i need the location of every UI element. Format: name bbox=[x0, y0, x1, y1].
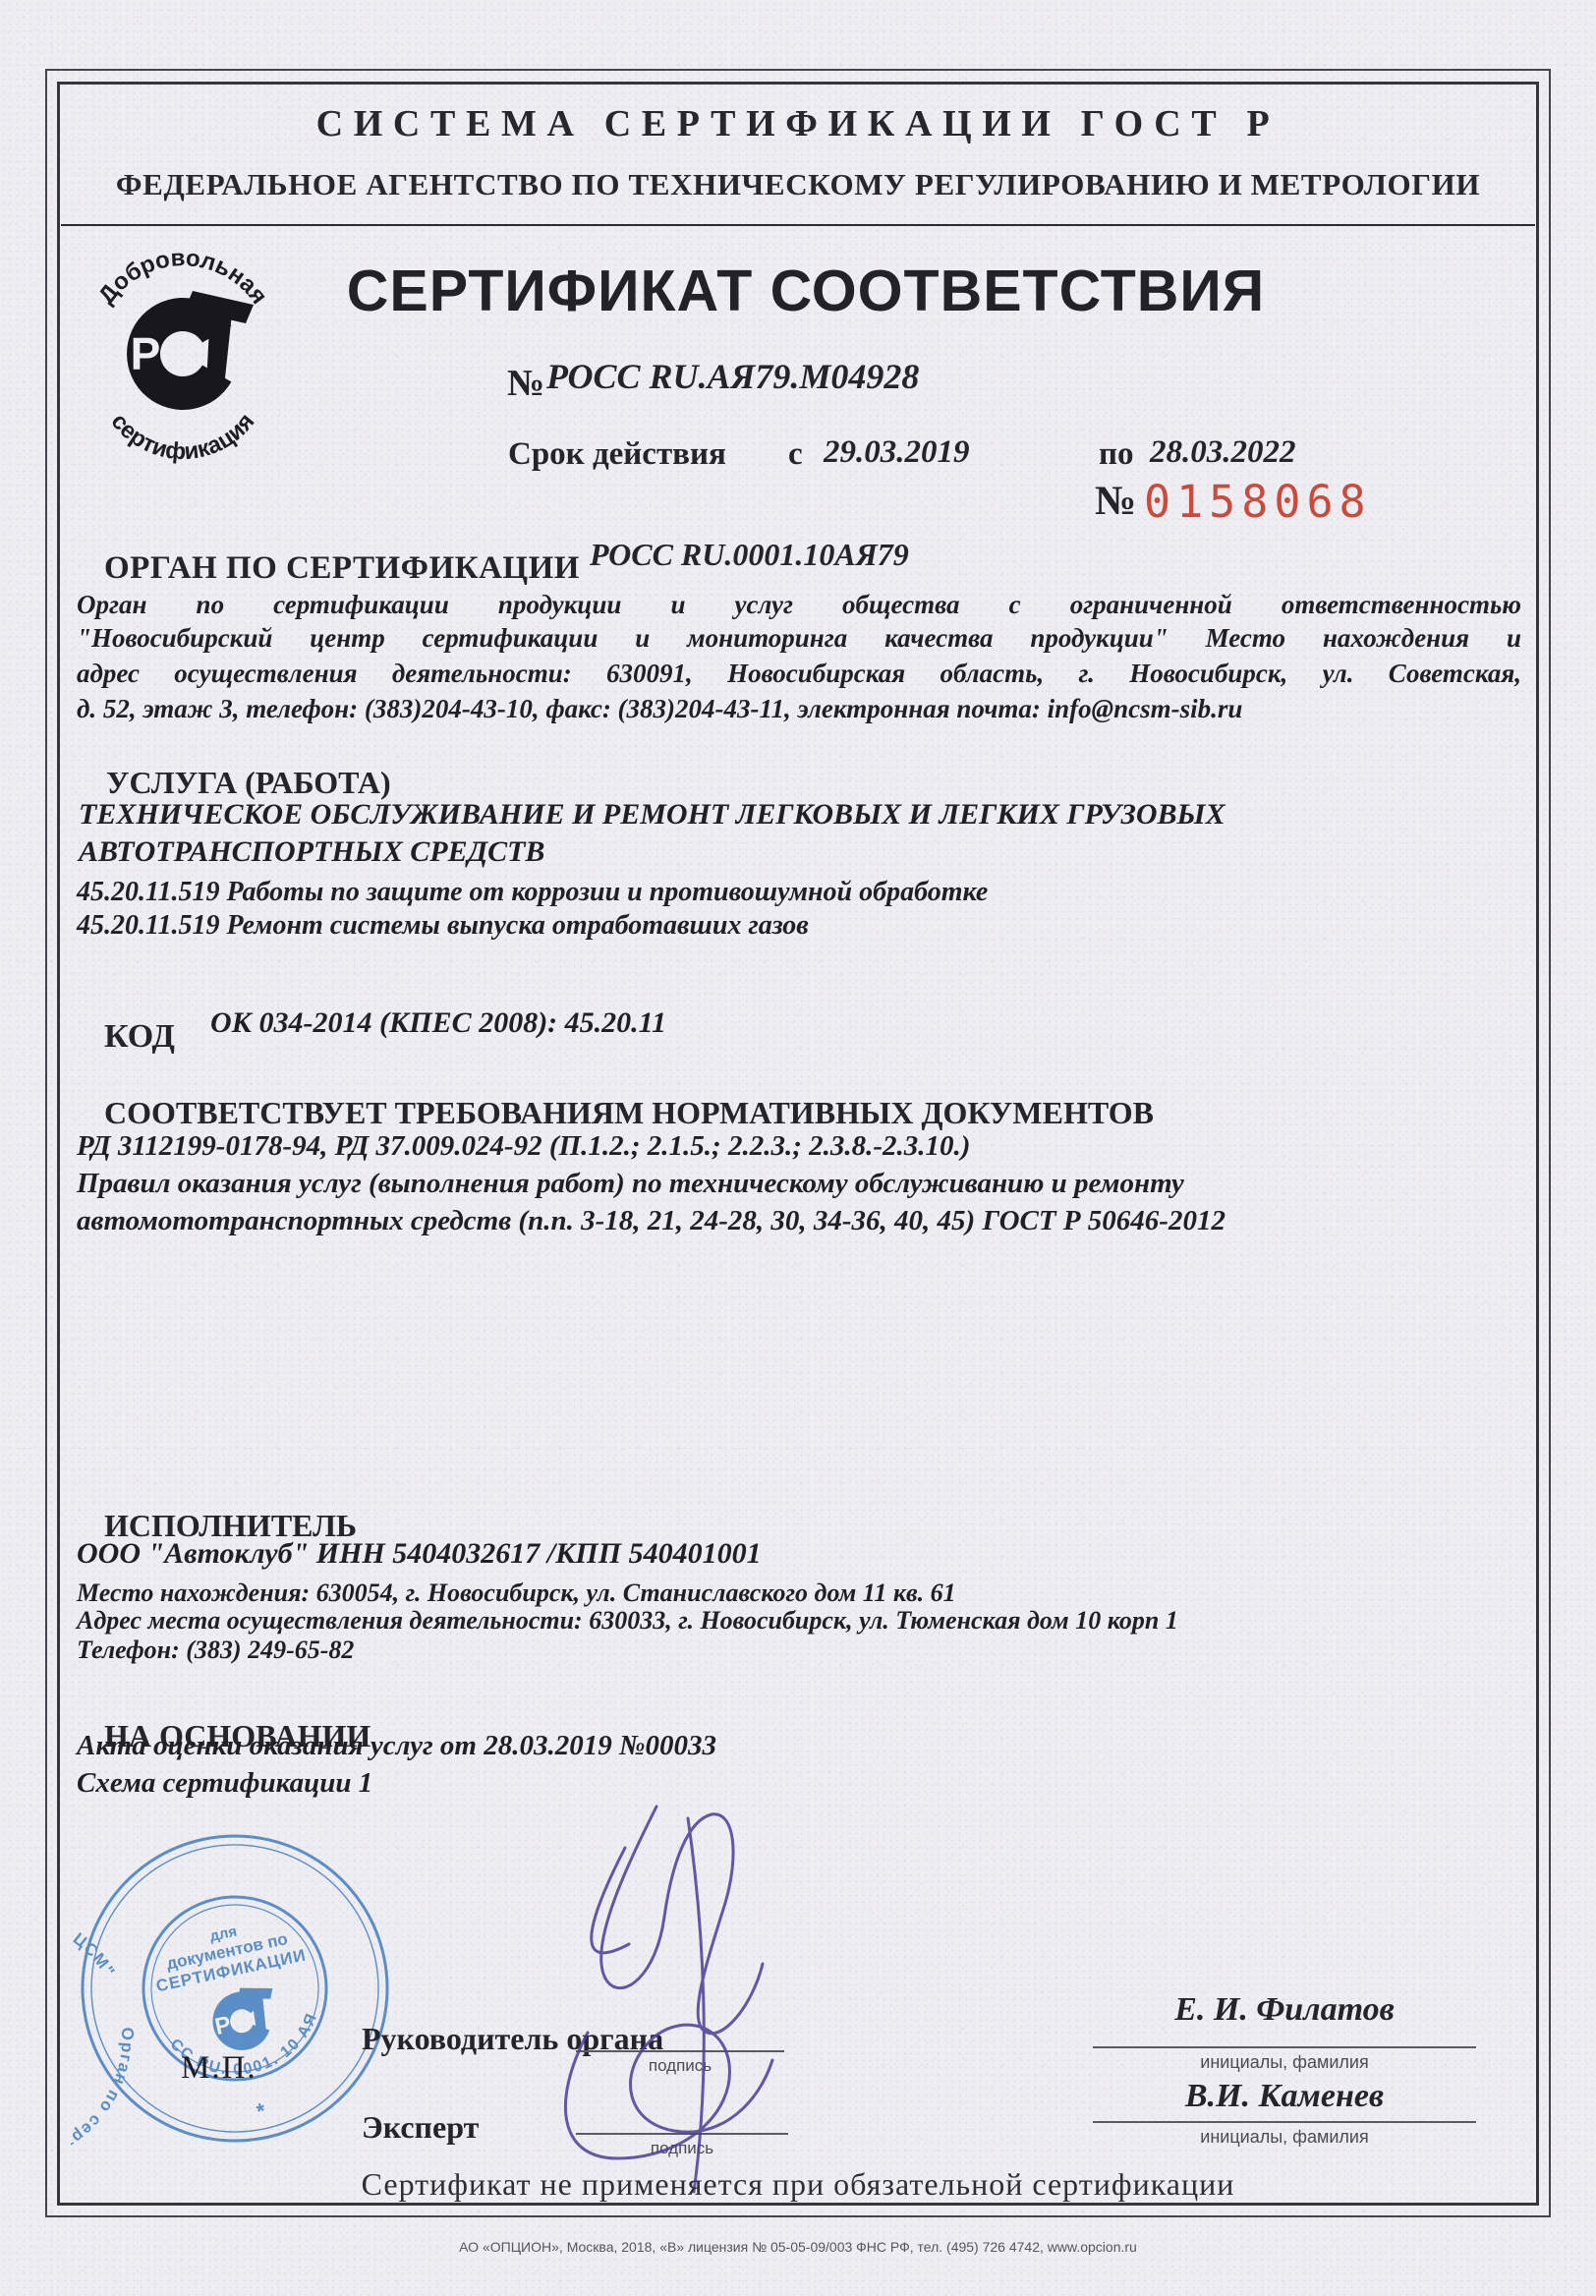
handwritten-signature bbox=[0, 0, 1596, 2296]
print-house-line: АО «ОПЦИОН», Москва, 2018, «В» лицензия … bbox=[98, 2239, 1498, 2255]
certificate-page: { "page": { "header_line1": "СИСТЕМА СЕР… bbox=[0, 0, 1596, 2296]
footer-note: Сертификат не применяется при обязательн… bbox=[98, 2166, 1498, 2203]
